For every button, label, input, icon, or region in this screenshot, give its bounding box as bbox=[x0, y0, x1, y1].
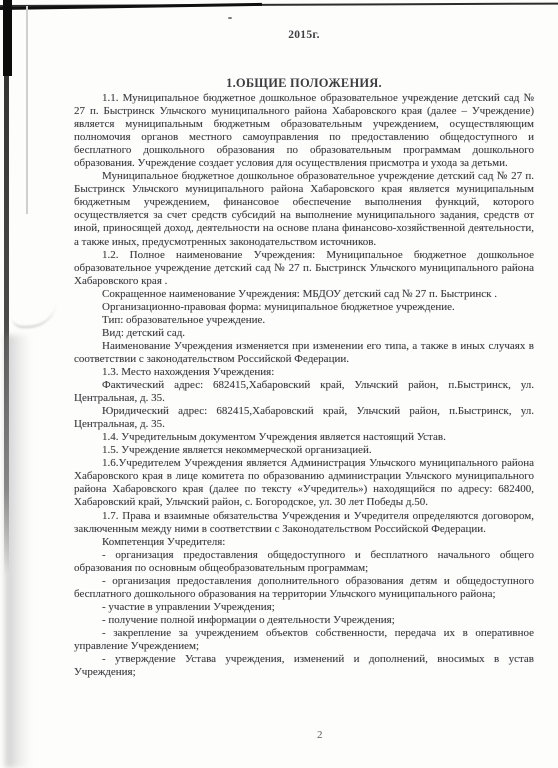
paragraph: - организация предоставления дополнитель… bbox=[74, 575, 534, 601]
scan-speck bbox=[228, 17, 232, 19]
paragraph: 1.6.Учредителем Учреждения является Адми… bbox=[74, 457, 534, 509]
page-curl-shadow bbox=[5, 335, 31, 768]
paragraph: - утверждение Устава учреждения, изменен… bbox=[74, 653, 534, 679]
year-label: 2015г. bbox=[74, 29, 534, 41]
paragraph: Тип: образовательное учреждение. bbox=[74, 314, 534, 327]
paragraph: 1.7. Права и взаимные обязательства Учре… bbox=[74, 510, 534, 536]
paragraph: Компетенция Учредителя: bbox=[74, 536, 534, 549]
page-number: 2 bbox=[317, 729, 323, 741]
paragraph: Организационно-правовая форма: муниципал… bbox=[74, 301, 534, 314]
section-heading: 1.ОБЩИЕ ПОЛОЖЕНИЯ. bbox=[74, 76, 534, 91]
paragraph: - организация предоставления общедоступн… bbox=[74, 549, 534, 575]
paragraph: 1.5. Учреждение является некоммерческой … bbox=[74, 444, 534, 457]
document-body: 1.1. Муниципальное бюджетное дошкольное … bbox=[74, 92, 534, 679]
paragraph: 1.4. Учредительным документом Учреждения… bbox=[74, 431, 534, 444]
paragraph: 1.2. Полное наименование Учреждения: Мун… bbox=[74, 249, 534, 288]
paragraph: Вид: детский сад. bbox=[74, 327, 534, 340]
paragraph: - закрепление за учреждением объектов со… bbox=[74, 627, 534, 653]
paragraph: Юридический адрес: 682415,Хабаровский кр… bbox=[74, 405, 534, 431]
paragraph: Фактический адрес: 682415,Хабаровский кр… bbox=[74, 379, 534, 405]
paragraph: - получение полной информации о деятельн… bbox=[74, 614, 534, 627]
paragraph: - участие в управлении Учреждения; bbox=[74, 601, 534, 614]
paper-crease bbox=[12, 288, 56, 328]
inner-paper-edge bbox=[26, 6, 28, 214]
paragraph: 1.1. Муниципальное бюджетное дошкольное … bbox=[74, 92, 534, 170]
paragraph: Сокращенное наименование Учреждения: МБД… bbox=[74, 288, 534, 301]
scanned-page: 2015г. 1.ОБЩИЕ ПОЛОЖЕНИЯ. 1.1. Муниципал… bbox=[0, 0, 558, 768]
paragraph: 1.3. Место нахождения Учреждения: bbox=[74, 366, 534, 379]
paragraph: Муниципальное бюджетное дошкольное образ… bbox=[74, 170, 534, 248]
paragraph: Наименование Учреждения изменяется при и… bbox=[74, 340, 534, 366]
left-scan-edge-thick bbox=[3, 0, 12, 76]
